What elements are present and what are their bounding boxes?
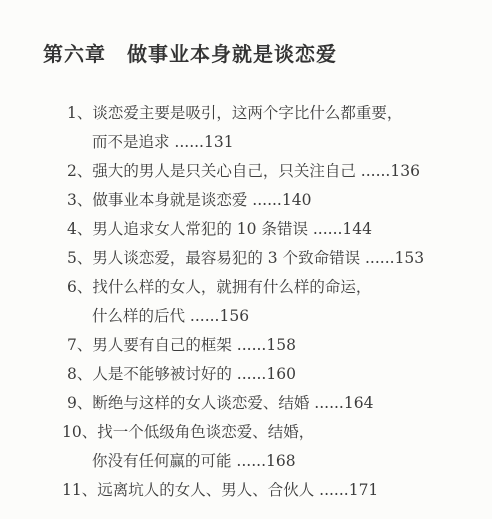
toc-item: 5、男人谈恋爱，最容易犯的 3 个致命错误 ......153	[67, 244, 477, 273]
toc-continuation-line: 什么样的后代 ......156	[67, 302, 477, 331]
toc-entry-line: 2、强大的男人是只关心自己，只关注自己 ......136	[67, 157, 477, 186]
toc-continuation-line: 你没有任何赢的可能 ......168	[67, 447, 477, 476]
toc-entry-line: 6、找什么样的女人，就拥有什么样的命运，	[67, 273, 477, 302]
toc-item: 9、断绝与这样的女人谈恋爱、结婚 ......164	[67, 389, 477, 418]
toc-entry-line: 9、断绝与这样的女人谈恋爱、结婚 ......164	[67, 389, 477, 418]
toc-entry-line: 7、男人要有自己的框架 ......158	[67, 331, 477, 360]
toc-item: 3、做事业本身就是谈恋爱 ......140	[67, 186, 477, 215]
toc-entry-line: 4、男人追求女人常犯的 10 条错误 ......144	[67, 215, 477, 244]
toc-item: 10、找一个低级角色谈恋爱、结婚，你没有任何赢的可能 ......168	[67, 418, 477, 476]
toc-item: 1、谈恋爱主要是吸引，这两个字比什么都重要，而不是追求 ......131	[67, 99, 477, 157]
toc-entry-line: 5、男人谈恋爱，最容易犯的 3 个致命错误 ......153	[67, 244, 477, 273]
toc-entry-line: 10、找一个低级角色谈恋爱、结婚，	[62, 418, 477, 447]
book-page: 第六章 做事业本身就是谈恋爱 1、谈恋爱主要是吸引，这两个字比什么都重要，而不是…	[0, 0, 492, 519]
toc-entry-line: 1、谈恋爱主要是吸引，这两个字比什么都重要，	[67, 99, 477, 128]
toc-item: 8、人是不能够被讨好的 ......160	[67, 360, 477, 389]
toc-entry-line: 3、做事业本身就是谈恋爱 ......140	[67, 186, 477, 215]
toc-item: 6、找什么样的女人，就拥有什么样的命运，什么样的后代 ......156	[67, 273, 477, 331]
toc-item: 2、强大的男人是只关心自己，只关注自己 ......136	[67, 157, 477, 186]
toc-item: 7、男人要有自己的框架 ......158	[67, 331, 477, 360]
toc-list: 1、谈恋爱主要是吸引，这两个字比什么都重要，而不是追求 ......1312、强…	[67, 99, 477, 505]
toc-continuation-line: 而不是追求 ......131	[67, 128, 477, 157]
toc-item: 4、男人追求女人常犯的 10 条错误 ......144	[67, 215, 477, 244]
toc-item: 11、远离坑人的女人、男人、合伙人 ......171	[67, 476, 477, 505]
toc-entry-line: 8、人是不能够被讨好的 ......160	[67, 360, 477, 389]
chapter-title: 第六章 做事业本身就是谈恋爱	[43, 42, 337, 67]
toc-entry-line: 11、远离坑人的女人、男人、合伙人 ......171	[62, 476, 477, 505]
